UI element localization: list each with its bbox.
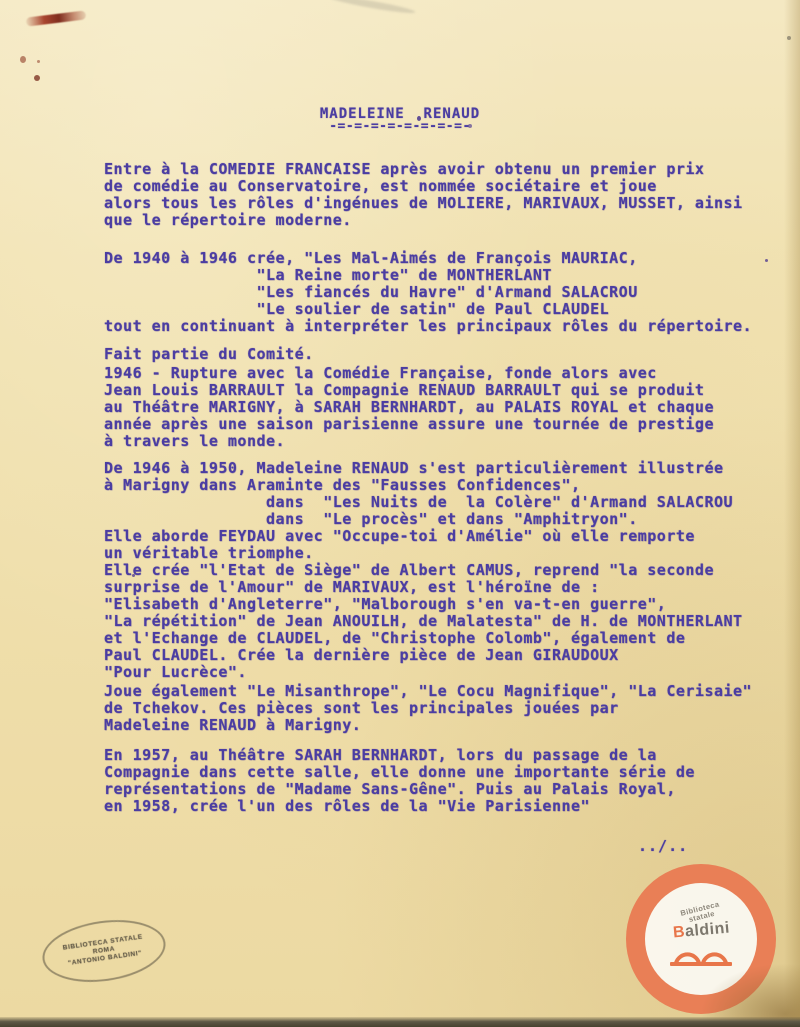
text-line: "Elisabeth d'Angleterre", "Malborough s'… <box>104 596 743 613</box>
paragraph-joue-egalement: Joue également "Le Misanthrope", "Le Coc… <box>104 683 752 734</box>
text-line: 1946 - Rupture avec la Comédie Française… <box>104 365 714 382</box>
text-line: de comédie au Conservatoire, est nommée … <box>104 178 743 195</box>
text-line: Compagnie dans cette salle, elle donne u… <box>104 764 695 781</box>
paragraph-intro: Entre à la COMEDIE FRANCAISE après avoir… <box>104 161 743 229</box>
text-line: représentations de "Madame Sans-Gêne". P… <box>104 781 695 798</box>
text-line: surprise de l'Amour" de MARIVAUX, est l'… <box>104 579 743 596</box>
paper-speck <box>20 56 26 63</box>
text-line: de Tchekov. Ces pièces sont les principa… <box>104 700 752 717</box>
text-line: Entre à la COMEDIE FRANCAISE après avoir… <box>104 161 743 178</box>
text-line: Paul CLAUDEL. Crée la dernière pièce de … <box>104 647 743 664</box>
text-line: dans "Les Nuits de la Colère" d'Armand S… <box>104 494 743 511</box>
paragraph-1940-1946: De 1940 à 1946 crée, "Les Mal-Aimés de F… <box>104 250 752 335</box>
continuation-mark: ../.. <box>638 838 688 855</box>
page-edge-shadow <box>784 0 800 1027</box>
ink-speck <box>417 116 421 121</box>
scanned-page: MADELEINE RENAUD -=-=-=-=-=-=-=-=- Entre… <box>0 0 800 1027</box>
text-line: année après une saison parisienne assure… <box>104 416 714 433</box>
text-line: dans "Le procès" et dans "Amphitryon". <box>104 511 743 528</box>
text-line: Elle crée "l'Etat de Siège" de Albert CA… <box>104 562 743 579</box>
text-line: un véritable triomphe. <box>104 545 743 562</box>
text-line: De 1940 à 1946 crée, "Les Mal-Aimés de F… <box>104 250 752 267</box>
text-line: "La Reine morte" de MONTHERLANT <box>104 267 752 284</box>
text-line: tout en continuant à interpréter les pri… <box>104 318 752 335</box>
ink-speck <box>132 574 135 577</box>
paragraph-comite: Fait partie du Comité. <box>104 346 314 363</box>
text-line: et l'Echange de CLAUDEL, de "Christophe … <box>104 630 743 647</box>
library-name-baldini: Baldini <box>672 919 730 941</box>
page-bottom-edge <box>0 1017 800 1027</box>
ink-smudge <box>26 10 87 26</box>
text-line: alors tous les rôles d'ingénues de MOLIE… <box>104 195 743 212</box>
text-line: "Les fiancés du Havre" d'Armand SALACROU <box>104 284 752 301</box>
oval-ink-stamp: BIBLIOTECA STATALE ROMA "ANTONIO BALDINI… <box>38 913 169 990</box>
title-underline: -=-=-=-=-=-=-=-=- <box>0 119 800 135</box>
text-line: à Marigny dans Araminte des "Fausses Con… <box>104 477 743 494</box>
paper-speck <box>34 75 40 81</box>
ink-speck <box>765 259 768 262</box>
text-line: Jean Louis BARRAULT la Compagnie RENAUD … <box>104 382 714 399</box>
text-line: "Pour Lucrèce". <box>104 664 743 681</box>
paragraph-1957-1958: En 1957, au Théâtre SARAH BERNHARDT, lor… <box>104 747 695 815</box>
text-line: Madeleine RENAUD à Marigny. <box>104 717 752 734</box>
text-line: Fait partie du Comité. <box>104 346 314 363</box>
text-line: En 1957, au Théâtre SARAH BERNHARDT, lor… <box>104 747 695 764</box>
text-line: Elle aborde FEYDAU avec "Occupe-toi d'Am… <box>104 528 743 545</box>
text-line: "Le soulier de satin" de Paul CLAUDEL <box>104 301 752 318</box>
text-line: De 1946 à 1950, Madeleine RENAUD s'est p… <box>104 460 743 477</box>
text-line: Joue également "Le Misanthrope", "Le Coc… <box>104 683 752 700</box>
text-line: que le répertoire moderne. <box>104 212 743 229</box>
paragraph-1946-1950: De 1946 à 1950, Madeleine RENAUD s'est p… <box>104 460 743 681</box>
text-line: au Théâtre MARIGNY, à SARAH BERNHARDT, a… <box>104 399 714 416</box>
text-line: à travers le monde. <box>104 433 714 450</box>
text-line: "La répétition" de Jean ANOUILH, de Mala… <box>104 613 743 630</box>
paragraph-rupture-1946: 1946 - Rupture avec la Comédie Française… <box>104 365 714 450</box>
text-line: en 1958, crée l'un des rôles de la "Vie … <box>104 798 695 815</box>
pencil-mark <box>328 0 416 16</box>
ink-speck <box>468 124 472 128</box>
paper-speck <box>37 60 40 63</box>
